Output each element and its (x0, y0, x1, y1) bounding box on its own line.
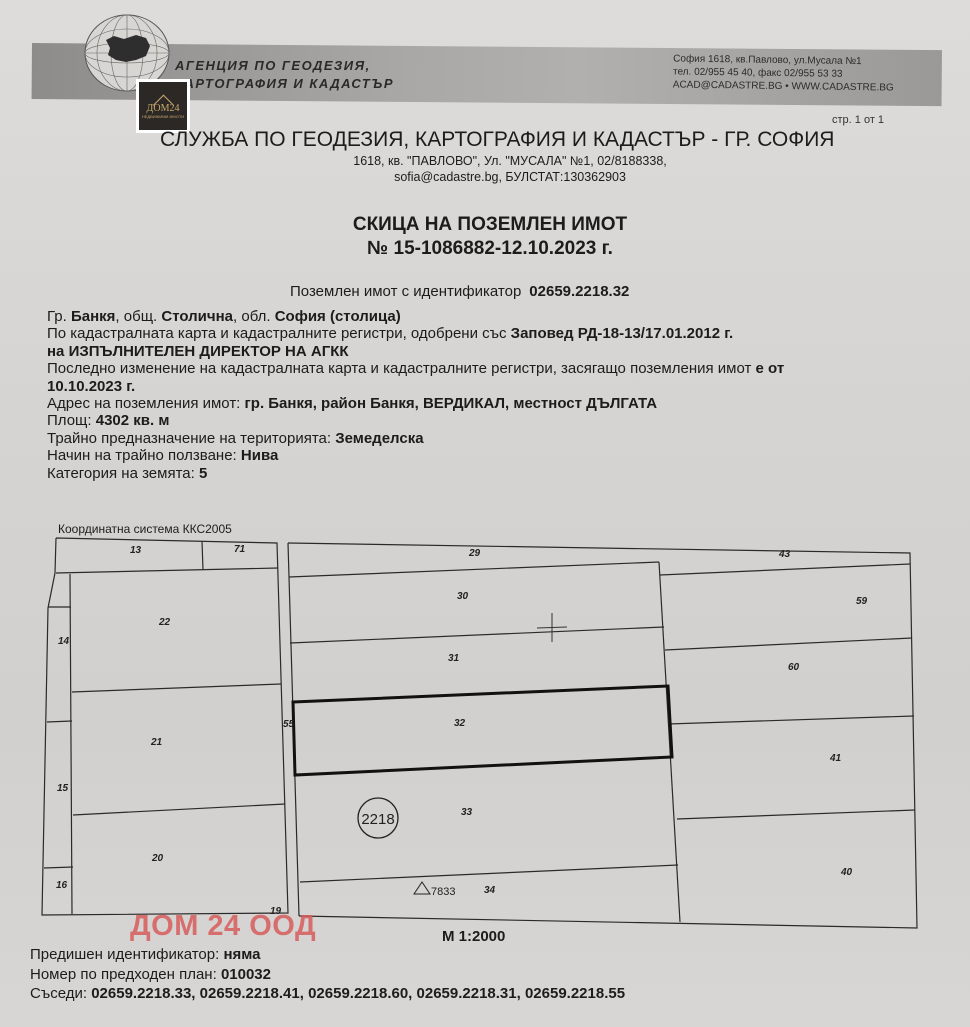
watermark: ДОМ 24 ООД (130, 910, 316, 943)
svg-text:16: 16 (56, 880, 68, 891)
svg-text:43: 43 (778, 549, 791, 560)
svg-text:30: 30 (457, 591, 469, 602)
previous-plan-number: Номер по предходен план: 010032 (30, 965, 625, 985)
svg-text:20: 20 (151, 853, 164, 864)
svg-text:41: 41 (829, 753, 842, 764)
parcel-labels: 13 71 29 43 22 30 59 14 31 60 55 32 21 4… (56, 544, 868, 917)
svg-text:34: 34 (484, 885, 496, 896)
svg-text:40: 40 (840, 867, 853, 878)
svg-text:60: 60 (788, 662, 800, 673)
svg-text:59: 59 (856, 596, 868, 607)
cadastral-map: 2218 7833 13 71 29 43 22 30 59 14 31 60 … (0, 0, 970, 1027)
svg-text:71: 71 (234, 544, 246, 555)
svg-text:55: 55 (283, 719, 295, 730)
footer-info: Предишен идентификатор: няма Номер по пр… (30, 945, 625, 1004)
geodetic-point-label: 7833 (431, 886, 455, 898)
svg-text:14: 14 (58, 636, 70, 647)
svg-text:33: 33 (461, 807, 473, 818)
previous-identifier: Предишен идентификатор: няма (30, 945, 625, 965)
svg-text:15: 15 (57, 783, 69, 794)
svg-text:21: 21 (150, 737, 163, 748)
quarter-label: 2218 (361, 811, 394, 828)
svg-text:31: 31 (448, 653, 460, 664)
map-scale: М 1:2000 (442, 928, 505, 945)
triangle-icon (414, 882, 430, 894)
neighbors: Съседи: 02659.2218.33, 02659.2218.41, 02… (30, 984, 625, 1004)
svg-text:22: 22 (158, 617, 171, 628)
svg-text:29: 29 (468, 548, 481, 559)
svg-text:32: 32 (454, 718, 466, 729)
svg-text:13: 13 (130, 545, 142, 556)
